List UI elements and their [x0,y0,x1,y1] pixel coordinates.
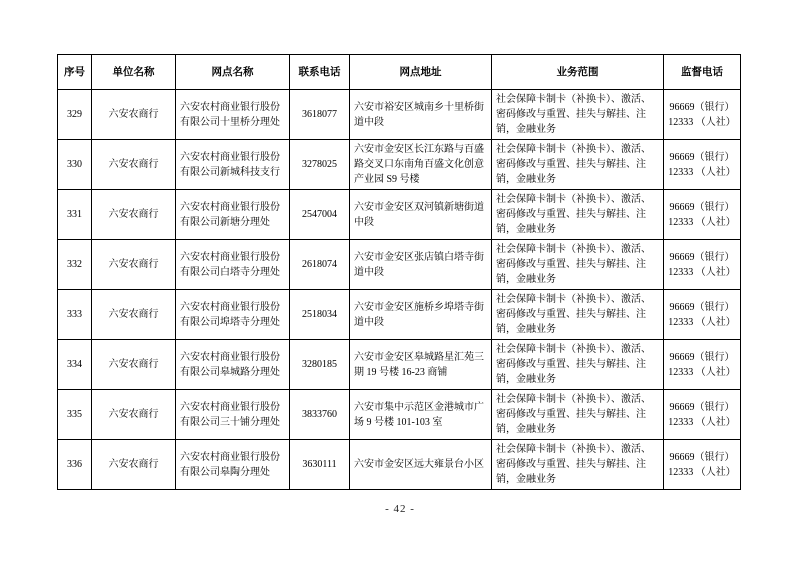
supervision-bank-line: 96669（银行） [668,100,736,115]
table-row: 334 六安农商行 六安农村商业银行股份有限公司皋城路分理处 3280185 六… [58,340,741,390]
cell-business-scope: 社会保障卡制卡（补换卡）、激活、密码修改与重置、挂失与解挂、注销，金融业务 [492,140,664,190]
table-row: 332 六安农商行 六安农村商业银行股份有限公司白塔寺分理处 2618074 六… [58,240,741,290]
cell-business-scope: 社会保障卡制卡（补换卡）、激活、密码修改与重置、挂失与解挂、注销，金融业务 [492,440,664,490]
cell-business-scope: 社会保障卡制卡（补换卡）、激活、密码修改与重置、挂失与解挂、注销，金融业务 [492,290,664,340]
table-header-row: 序号 单位名称 网点名称 联系电话 网点地址 业务范围 监督电话 [58,55,741,90]
cell-business-scope: 社会保障卡制卡（补换卡）、激活、密码修改与重置、挂失与解挂、注销，金融业务 [492,240,664,290]
cell-supervision-phone: 96669（银行） 12333 （人社） [664,240,741,290]
supervision-social-line: 12333 （人社） [668,165,736,180]
cell-serial-number: 336 [58,440,92,490]
cell-unit-name: 六安农商行 [92,290,176,340]
cell-branch-name: 六安农村商业银行股份有限公司新城科技支行 [176,140,290,190]
cell-business-scope: 社会保障卡制卡（补换卡）、激活、密码修改与重置、挂失与解挂、注销，金融业务 [492,190,664,240]
supervision-bank-line: 96669（银行） [668,300,736,315]
cell-unit-name: 六安农商行 [92,390,176,440]
cell-unit-name: 六安农商行 [92,90,176,140]
cell-contact-phone: 2618074 [290,240,350,290]
table-row: 329 六安农商行 六安农村商业银行股份有限公司十里桥分理处 3618077 六… [58,90,741,140]
table-row: 330 六安农商行 六安农村商业银行股份有限公司新城科技支行 3278025 六… [58,140,741,190]
cell-serial-number: 335 [58,390,92,440]
cell-serial-number: 333 [58,290,92,340]
cell-branch-name: 六安农村商业银行股份有限公司皋陶分理处 [176,440,290,490]
supervision-bank-line: 96669（银行） [668,200,736,215]
cell-serial-number: 334 [58,340,92,390]
supervision-bank-line: 96669（银行） [668,250,736,265]
supervision-bank-line: 96669（银行） [668,400,736,415]
supervision-bank-line: 96669（银行） [668,150,736,165]
header-branch-address: 网点地址 [350,55,492,90]
supervision-bank-line: 96669（银行） [668,350,736,365]
cell-supervision-phone: 96669（银行） 12333 （人社） [664,390,741,440]
supervision-bank-line: 96669（银行） [668,450,736,465]
cell-supervision-phone: 96669（银行） 12333 （人社） [664,90,741,140]
header-supervision-phone: 监督电话 [664,55,741,90]
cell-branch-name: 六安农村商业银行股份有限公司十里桥分理处 [176,90,290,140]
cell-unit-name: 六安农商行 [92,140,176,190]
cell-business-scope: 社会保障卡制卡（补换卡）、激活、密码修改与重置、挂失与解挂、注销，金融业务 [492,340,664,390]
header-business-scope: 业务范围 [492,55,664,90]
cell-supervision-phone: 96669（银行） 12333 （人社） [664,190,741,240]
cell-supervision-phone: 96669（银行） 12333 （人社） [664,140,741,190]
cell-serial-number: 330 [58,140,92,190]
cell-contact-phone: 2547004 [290,190,350,240]
cell-supervision-phone: 96669（银行） 12333 （人社） [664,290,741,340]
branch-directory-table: 序号 单位名称 网点名称 联系电话 网点地址 业务范围 监督电话 329 六安农… [57,54,741,490]
cell-serial-number: 331 [58,190,92,240]
table-row: 336 六安农商行 六安农村商业银行股份有限公司皋陶分理处 3630111 六安… [58,440,741,490]
header-branch-name: 网点名称 [176,55,290,90]
cell-branch-address: 六安市裕安区城南乡十里桥街道中段 [350,90,492,140]
table-row: 335 六安农商行 六安农村商业银行股份有限公司三十铺分理处 3833760 六… [58,390,741,440]
cell-branch-address: 六安市金安区施桥乡埠塔寺街道中段 [350,290,492,340]
cell-branch-address: 六安市金安区远大雍景台小区 [350,440,492,490]
cell-serial-number: 332 [58,240,92,290]
cell-contact-phone: 3630111 [290,440,350,490]
cell-contact-phone: 3618077 [290,90,350,140]
cell-branch-name: 六安农村商业银行股份有限公司皋城路分理处 [176,340,290,390]
supervision-social-line: 12333 （人社） [668,215,736,230]
cell-branch-name: 六安农村商业银行股份有限公司白塔寺分理处 [176,240,290,290]
cell-branch-address: 六安市金安区双河镇新塘街道中段 [350,190,492,240]
cell-contact-phone: 2518034 [290,290,350,340]
cell-branch-name: 六安农村商业银行股份有限公司埠塔寺分理处 [176,290,290,340]
cell-branch-name: 六安农村商业银行股份有限公司新塘分理处 [176,190,290,240]
supervision-social-line: 12333 （人社） [668,365,736,380]
cell-contact-phone: 3278025 [290,140,350,190]
cell-branch-address: 六安市金安区张店镇白塔寺街道中段 [350,240,492,290]
supervision-social-line: 12333 （人社） [668,265,736,280]
cell-serial-number: 329 [58,90,92,140]
cell-unit-name: 六安农商行 [92,240,176,290]
document-page: 序号 单位名称 网点名称 联系电话 网点地址 业务范围 监督电话 329 六安农… [0,0,800,565]
cell-branch-address: 六安市金安区长江东路与百盛路交叉口东南角百盛文化创意产业园 S9 号楼 [350,140,492,190]
cell-branch-address: 六安市金安区皋城路星汇苑三期 19 号楼 16-23 商铺 [350,340,492,390]
table-body: 329 六安农商行 六安农村商业银行股份有限公司十里桥分理处 3618077 六… [58,90,741,490]
cell-unit-name: 六安农商行 [92,440,176,490]
cell-supervision-phone: 96669（银行） 12333 （人社） [664,340,741,390]
supervision-social-line: 12333 （人社） [668,115,736,130]
supervision-social-line: 12333 （人社） [668,415,736,430]
cell-supervision-phone: 96669（银行） 12333 （人社） [664,440,741,490]
cell-branch-name: 六安农村商业银行股份有限公司三十铺分理处 [176,390,290,440]
cell-contact-phone: 3833760 [290,390,350,440]
page-number: - 42 - [0,503,800,515]
supervision-social-line: 12333 （人社） [668,315,736,330]
table-row: 331 六安农商行 六安农村商业银行股份有限公司新塘分理处 2547004 六安… [58,190,741,240]
cell-branch-address: 六安市集中示范区金港城市广场 9 号楼 101-103 室 [350,390,492,440]
cell-business-scope: 社会保障卡制卡（补换卡）、激活、密码修改与重置、挂失与解挂、注销，金融业务 [492,390,664,440]
cell-business-scope: 社会保障卡制卡（补换卡）、激活、密码修改与重置、挂失与解挂、注销，金融业务 [492,90,664,140]
cell-unit-name: 六安农商行 [92,340,176,390]
supervision-social-line: 12333 （人社） [668,465,736,480]
cell-contact-phone: 3280185 [290,340,350,390]
header-unit-name: 单位名称 [92,55,176,90]
header-serial-number: 序号 [58,55,92,90]
cell-unit-name: 六安农商行 [92,190,176,240]
table-row: 333 六安农商行 六安农村商业银行股份有限公司埠塔寺分理处 2518034 六… [58,290,741,340]
header-contact-phone: 联系电话 [290,55,350,90]
